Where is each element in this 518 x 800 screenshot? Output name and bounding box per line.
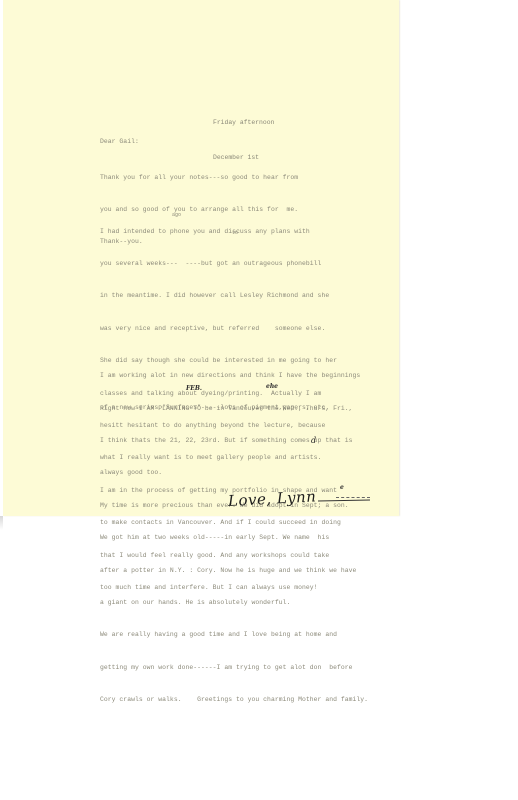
signature-dash — [336, 497, 370, 498]
dateline-day: Friday afternoon — [213, 117, 274, 128]
text-line: Thank you for all your notes---so good t… — [100, 173, 298, 184]
text-line: We got him at two weeks old-----in early… — [100, 533, 368, 544]
scan-edge-shadow — [0, 516, 3, 530]
text-line: I had intended to phone you and discuss … — [100, 227, 341, 238]
annotation-d: d — [311, 436, 316, 445]
text-line: was very nice and receptive, but referre… — [100, 324, 341, 335]
annotation-ehe: ehe — [266, 383, 278, 390]
text-line: a giant on our hands. He is absolutely w… — [100, 598, 368, 609]
annotation-to: to — [232, 230, 238, 236]
text-line: in the meantime. I did however call Lesl… — [100, 291, 341, 302]
text-line: Right now I AM PLANNING TO be in Vancouv… — [100, 404, 368, 415]
text-line: getting my own work done------I am tryin… — [100, 663, 368, 674]
text-line: always good too. — [100, 468, 368, 479]
annotation-e: e — [340, 484, 344, 491]
text-line: I am working alot in new directions and … — [100, 371, 360, 382]
annotation-ago: ago — [172, 212, 181, 218]
text-line: Cory crawls or walks. Greetings to you c… — [100, 695, 368, 706]
text-line: I think thats the 21, 22, 23rd. But if s… — [100, 436, 368, 447]
paragraph-news: Right now I AM PLANNING TO be in Vancouv… — [100, 382, 368, 717]
letter-salutation: Dear Gail: — [100, 137, 139, 148]
annotation-feb: FEB. — [186, 385, 202, 392]
text-line: after a potter in N.Y. : Cory. Now he is… — [100, 566, 368, 577]
text-line: We are really having a good time and I l… — [100, 630, 368, 641]
text-line: you several weeks--- ----but got an outr… — [100, 259, 341, 270]
